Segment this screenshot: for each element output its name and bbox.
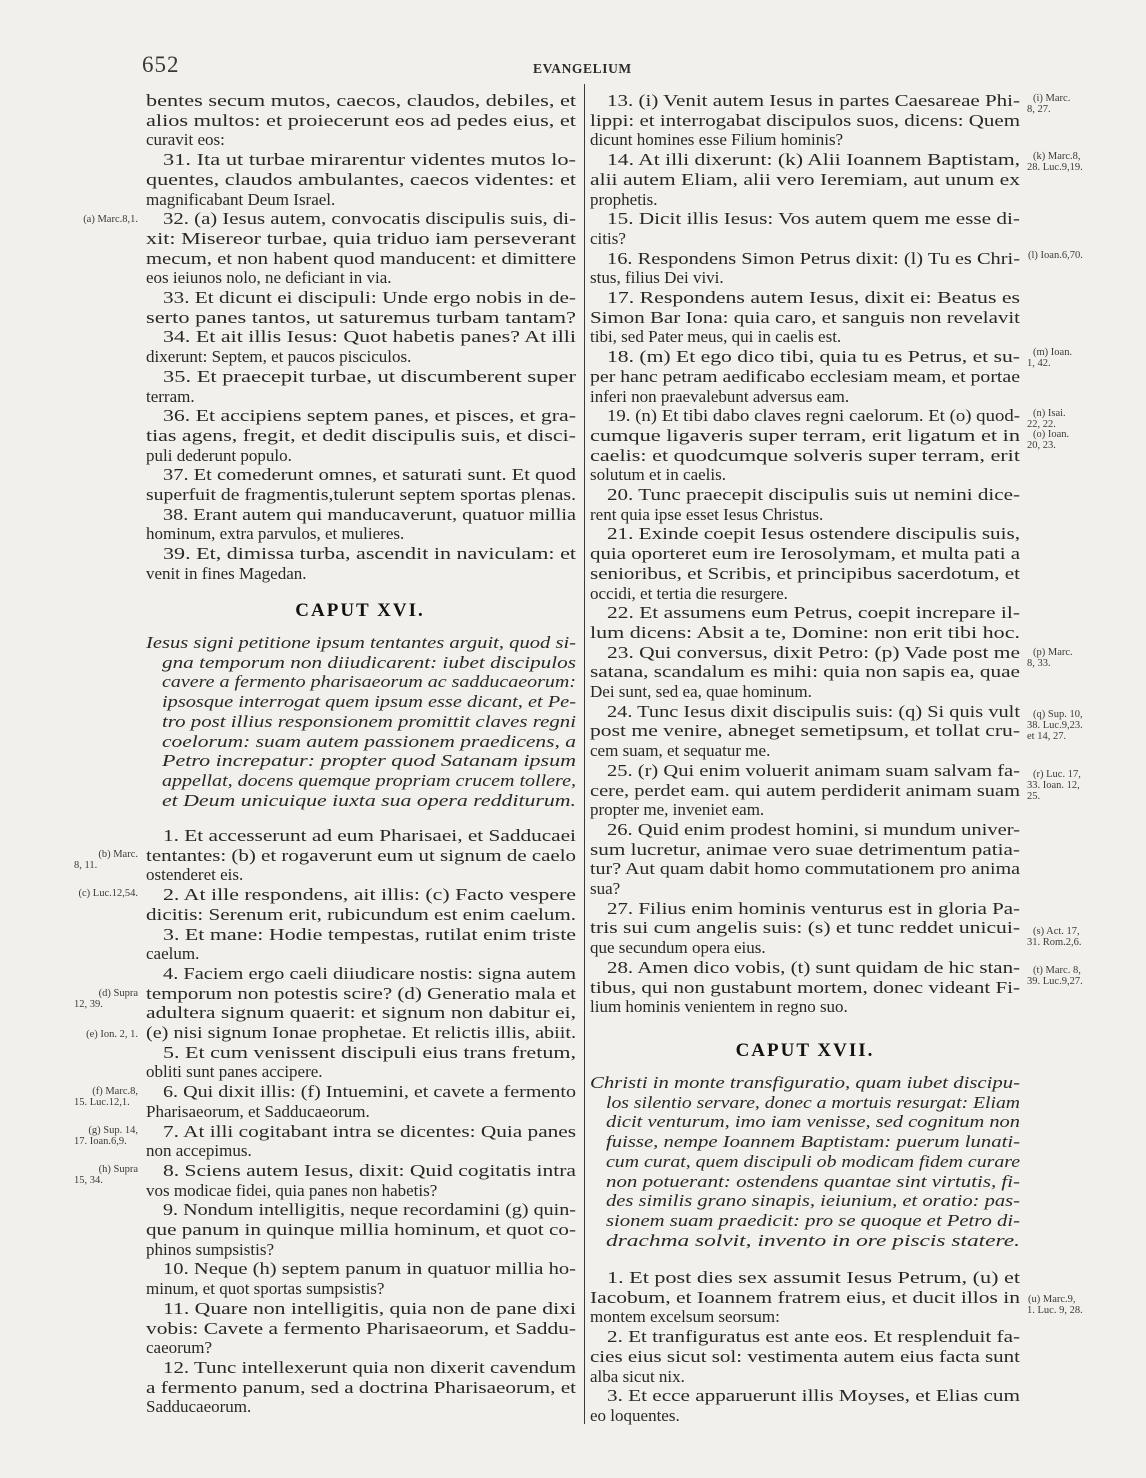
text-line: ostenderet eis. xyxy=(146,865,243,885)
text-line: 28. Amen dico vobis, (t) sunt quidam de … xyxy=(607,958,1020,978)
text-line: 21. Exinde coepit Iesus ostendere discip… xyxy=(607,524,1020,544)
margin-note: 28. Luc.9,19. xyxy=(1027,162,1083,174)
chapter-summary-line: appellat, docens quemque propriam crucem… xyxy=(162,771,576,791)
text-line: curavit eos: xyxy=(146,130,225,150)
text-line: caelum. xyxy=(146,944,199,964)
text-line: tibi, sed Pater meus, qui in caelis est. xyxy=(590,327,841,347)
text-line: rent quia ipse esset Iesus Christus. xyxy=(590,505,823,525)
text-line: caeorum? xyxy=(146,1338,212,1358)
text-line: xit: Misereor turbae, quia triduo iam pe… xyxy=(146,229,576,249)
text-line: 10. Neque (h) septem panum in quatuor mi… xyxy=(163,1259,576,1279)
chapter-summary-line: fuisse, nempe Ioannem Baptistam: puerum … xyxy=(606,1132,1020,1152)
text-line: que panum in quinque millia hominum, et … xyxy=(146,1220,576,1240)
text-line: 27. Filius enim hominis venturus est in … xyxy=(607,899,1020,919)
text-line: sua? xyxy=(590,879,620,899)
text-line: tentantes: (b) et rogaverunt eum ut sign… xyxy=(146,846,576,866)
margin-note: (l) Ioan.6,70. xyxy=(1028,250,1083,262)
text-line: post me venire, abneget semetipsum, et t… xyxy=(590,721,1020,741)
text-line: lippi: et interrogabat discipulos suos, … xyxy=(590,111,1020,131)
text-line: superfuit de fragmentis,tulerunt septem … xyxy=(146,485,576,505)
chapter-summary-line: des similis grano sinapis, ieiunium, et … xyxy=(606,1191,1020,1211)
text-line: 11. Quare non intelligitis, quia non de … xyxy=(163,1299,576,1319)
text-line: 34. Et ait illis Iesus: Quot habetis pan… xyxy=(163,327,576,347)
chapter-summary-line: los silentio servare, donec a mortuis re… xyxy=(606,1093,1020,1113)
chapter-title: CAPUT XVII. xyxy=(736,1040,875,1062)
text-line: 5. Et cum venissent discipuli eius trans… xyxy=(163,1043,576,1063)
chapter-summary-line: coelorum: suam autem passionem praedicen… xyxy=(162,732,576,752)
margin-note: 31. Rom.2,6. xyxy=(1027,937,1082,949)
text-line: 19. (n) Et tibi dabo claves regni caelor… xyxy=(607,406,1020,426)
running-title: EVANGELIUM xyxy=(533,61,632,77)
text-line: senioribus, et Scribis, et principibus s… xyxy=(590,564,1020,584)
text-line: quia oporteret eum ire Ierosolymam, et m… xyxy=(590,544,1020,564)
text-line: temporum non potestis scire? (d) Generat… xyxy=(146,984,576,1004)
text-line: 2. Et tranfiguratus est ante eos. Et res… xyxy=(607,1327,1020,1347)
text-line: alios multos: et proiecerunt eos ad pede… xyxy=(146,111,576,131)
chapter-summary-line: tro post illius responsionem promittit c… xyxy=(162,712,576,732)
text-line: 39. Et, dimissa turba, ascendit in navic… xyxy=(163,544,576,564)
text-line: (e) nisi signum Ionae prophetae. Et reli… xyxy=(146,1023,576,1043)
chapter-summary-line: ipsosque interrogat quem ipsum esse dica… xyxy=(162,692,576,712)
text-line: montem excelsum seorsum: xyxy=(590,1307,780,1327)
text-line: non accepimus. xyxy=(146,1141,252,1161)
text-line: 23. Qui conversus, dixit Petro: (p) Vade… xyxy=(607,643,1020,663)
margin-note: 8, 33. xyxy=(1027,658,1051,670)
text-line: 1. Et accesserunt ad eum Pharisaei, et S… xyxy=(163,826,576,846)
chapter-summary-line: Iesus signi petitione ipsum tentantes ar… xyxy=(146,633,576,653)
text-line: 35. Et praecepit turbae, ut discumberent… xyxy=(163,367,576,387)
text-line: tias agens, fregit, et dedit discipulis … xyxy=(146,426,576,446)
text-line: eo loquentes. xyxy=(590,1406,680,1426)
margin-note: 1. Luc. 9, 28. xyxy=(1027,1305,1083,1317)
text-line: cere, perdet eam. qui autem perdiderit a… xyxy=(590,781,1020,801)
text-line: que secundum opera eius. xyxy=(590,938,766,958)
text-line: 24. Tunc Iesus dixit discipulis suis: (q… xyxy=(607,702,1020,722)
margin-note: 25. xyxy=(1027,791,1040,803)
text-line: dicunt homines esse Filium hominis? xyxy=(590,130,843,150)
text-line: 38. Erant autem qui manducaverunt, quatu… xyxy=(163,505,576,525)
margin-note: 39. Luc.9,27. xyxy=(1027,976,1083,988)
margin-note: (d) Supra xyxy=(99,988,138,1000)
text-line: lium hominis venientem in regno suo. xyxy=(590,997,848,1017)
column-divider xyxy=(584,84,585,1424)
text-line: sum lucretur, animae vero suae detriment… xyxy=(590,840,1020,860)
text-line: caelis: et quodcumque solveris super ter… xyxy=(590,446,1020,466)
text-line: 36. Et accipiens septem panes, et pisces… xyxy=(163,406,576,426)
text-line: 15. Dicit illis Iesus: Vos autem quem me… xyxy=(607,209,1020,229)
text-line: Iacobum, et Ioannem fratrem eius, et duc… xyxy=(590,1288,1020,1308)
text-line: minum, et quot sportas sumpsistis? xyxy=(146,1279,384,1299)
text-line: quentes, claudos ambulantes, caecos vide… xyxy=(146,170,576,190)
text-line: Dei sunt, sed ea, quae hominum. xyxy=(590,682,812,702)
text-line: cumque ligaveris super terram, erit liga… xyxy=(590,426,1020,446)
chapter-summary-line: gna temporum non diiudicarent: iubet dis… xyxy=(162,653,576,673)
text-line: 14. At illi dixerunt: (k) Alii Ioannem B… xyxy=(607,150,1020,170)
text-line: occidi, et tertia die resurgere. xyxy=(590,584,788,604)
text-line: 31. Ita ut turbae mirarentur videntes mu… xyxy=(163,150,576,170)
text-line: alii autem Eliam, alii vero Ieremiam, au… xyxy=(590,170,1020,190)
text-line: puli dederunt populo. xyxy=(146,446,292,466)
margin-note: 17. Ioan.6,9. xyxy=(74,1136,127,1148)
text-line: tris sui cum angelis suis: (s) et tunc r… xyxy=(590,918,1020,938)
margin-note: (b) Marc. xyxy=(98,849,138,861)
text-line: adultera signum quaerit: et signum non d… xyxy=(146,1003,576,1023)
text-line: a fermento panum, sed a doctrina Pharisa… xyxy=(146,1378,576,1398)
text-line: 2. At ille respondens, ait illis: (c) Fa… xyxy=(163,885,576,905)
margin-note: (a) Marc.8,1. xyxy=(83,214,138,226)
text-line: 12. Tunc intellexerunt quia non dixerit … xyxy=(163,1358,576,1378)
text-line: terram. xyxy=(146,387,195,407)
margin-note: 15. Luc.12,1. xyxy=(74,1097,130,1109)
margin-note: et 14, 27. xyxy=(1027,731,1066,743)
text-line: 37. Et comederunt omnes, et saturati sun… xyxy=(163,465,576,485)
margin-note: 15, 34. xyxy=(74,1175,103,1187)
text-line: propter me, inveniet eam. xyxy=(590,800,764,820)
text-line: citis? xyxy=(590,229,626,249)
book-page: 652 EVANGELIUM bentes secum mutos, caeco… xyxy=(0,0,1146,1478)
text-line: eos ieiunos nolo, ne deficiant in via. xyxy=(146,268,392,288)
text-line: tur? Aut quam dabit homo commutationem p… xyxy=(590,859,1020,879)
text-line: bentes secum mutos, caecos, claudos, deb… xyxy=(146,91,576,111)
text-line: phinos sumpsistis? xyxy=(146,1240,274,1260)
text-line: 8. Sciens autem Iesus, dixit: Quid cogit… xyxy=(163,1161,576,1181)
chapter-summary-line: Christi in monte transfiguratio, quam iu… xyxy=(590,1073,1020,1093)
text-line: serto panes tantos, ut saturemus turbam … xyxy=(146,308,576,328)
margin-note: 8, 11. xyxy=(74,860,97,872)
text-line: venit in fines Magedan. xyxy=(146,564,307,584)
text-line: tibus, qui non gustabunt mortem, donec v… xyxy=(590,978,1020,998)
text-line: dicitis: Serenum erit, rubicundum est en… xyxy=(146,905,576,925)
text-line: cies eius sicut sol: vestimenta autem ei… xyxy=(590,1347,1020,1367)
text-line: 22. Et assumens eum Petrus, coepit incre… xyxy=(607,603,1020,623)
text-line: vobis: Cavete a fermento Pharisaeorum, e… xyxy=(146,1319,576,1339)
text-line: Simon Bar Iona: quia caro, et sanguis no… xyxy=(590,308,1020,328)
chapter-summary-line: sionem suam praedicit: pro se quoque et … xyxy=(606,1211,1020,1231)
text-line: obliti sunt panes accipere. xyxy=(146,1062,323,1082)
text-line: Pharisaeorum, et Sadducaeorum. xyxy=(146,1102,370,1122)
text-line: per hanc petram aedificabo ecclesiam mea… xyxy=(590,367,1020,387)
text-line: 17. Respondens autem Iesus, dixit ei: Be… xyxy=(607,288,1020,308)
text-line: dixerunt: Septem, et paucos pisciculos. xyxy=(146,347,411,367)
text-line: hominum, extra parvulos, et mulieres. xyxy=(146,524,404,544)
text-line: 18. (m) Et ego dico tibi, quia tu es Pet… xyxy=(607,347,1020,367)
text-line: 3. Et mane: Hodie tempestas, rutilat eni… xyxy=(163,925,576,945)
text-line: 13. (i) Venit autem Iesus in partes Caes… xyxy=(607,91,1020,111)
chapter-summary-line: dicit venturum, imo iam venisse, sed cog… xyxy=(606,1112,1020,1132)
text-line: 32. (a) Iesus autem, convocatis discipul… xyxy=(163,209,576,229)
margin-note: 1, 42. xyxy=(1027,358,1051,370)
text-line: alba sicut nix. xyxy=(590,1367,685,1387)
text-line: Sadducaeorum. xyxy=(146,1397,251,1417)
text-line: stus, filius Dei vivi. xyxy=(590,268,724,288)
text-line: 25. (r) Qui enim voluerit animam suam sa… xyxy=(607,761,1020,781)
margin-note: 8, 27. xyxy=(1027,104,1051,116)
text-line: satana, scandalum es mihi: quia non sapi… xyxy=(590,662,1020,682)
text-line: inferi non praevalebunt adversus eam. xyxy=(590,387,849,407)
chapter-summary-line: et Deum unicuique iuxta sua opera reddit… xyxy=(162,791,576,811)
text-line: prophetis. xyxy=(590,190,658,210)
text-line: 6. Qui dixit illis: (f) Intuemini, et ca… xyxy=(163,1082,576,1102)
text-line: 4. Faciem ergo caeli diiudicare nostis: … xyxy=(163,964,576,984)
margin-note: 20, 23. xyxy=(1027,440,1056,452)
text-line: 26. Quid enim prodest homini, si mundum … xyxy=(607,820,1020,840)
chapter-summary-line: cavere a fermento pharisaeorum ac sadduc… xyxy=(162,672,576,692)
text-line: solutum et in caelis. xyxy=(590,465,726,485)
text-line: 3. Et ecce apparuerunt illis Moyses, et … xyxy=(607,1386,1020,1406)
text-line: mecum, et non habent quod manducent: et … xyxy=(146,249,576,269)
margin-note: (h) Supra xyxy=(99,1164,138,1176)
chapter-summary-line: Petro increpatur: propter quod Satanam i… xyxy=(162,751,576,771)
chapter-summary-line: non potuerant: ostendens quantae sint vi… xyxy=(606,1172,1020,1192)
text-line: vos modicae fidei, quia panes non habeti… xyxy=(146,1181,437,1201)
margin-note: (e) Ion. 2, 1. xyxy=(86,1029,138,1041)
text-line: cem suam, et sequatur me. xyxy=(590,741,770,761)
margin-note: 12, 39. xyxy=(74,999,103,1011)
margin-note: (c) Luc.12,54. xyxy=(79,888,138,900)
text-line: magnificabant Deum Israel. xyxy=(146,190,335,210)
text-line: 16. Respondens Simon Petrus dixit: (l) T… xyxy=(607,249,1020,269)
text-line: 33. Et dicunt ei discipuli: Unde ergo no… xyxy=(163,288,576,308)
page-number: 652 xyxy=(142,52,180,78)
text-line: 9. Nondum intelligitis, neque recordamin… xyxy=(163,1200,576,1220)
chapter-summary-line: drachma solvit, invento in ore piscis st… xyxy=(606,1231,1020,1251)
chapter-summary-line: cum curat, quem discipuli ob modicam fid… xyxy=(606,1152,1020,1172)
chapter-title: CAPUT XVI. xyxy=(295,600,424,622)
text-line: lum dicens: Absit a te, Domine: non erit… xyxy=(590,623,1020,643)
text-line: 20. Tunc praecepit discipulis suis ut ne… xyxy=(607,485,1020,505)
text-line: 1. Et post dies sex assumit Iesus Petrum… xyxy=(607,1268,1020,1288)
text-line: 7. At illi cogitabant intra se dicentes:… xyxy=(163,1122,576,1142)
